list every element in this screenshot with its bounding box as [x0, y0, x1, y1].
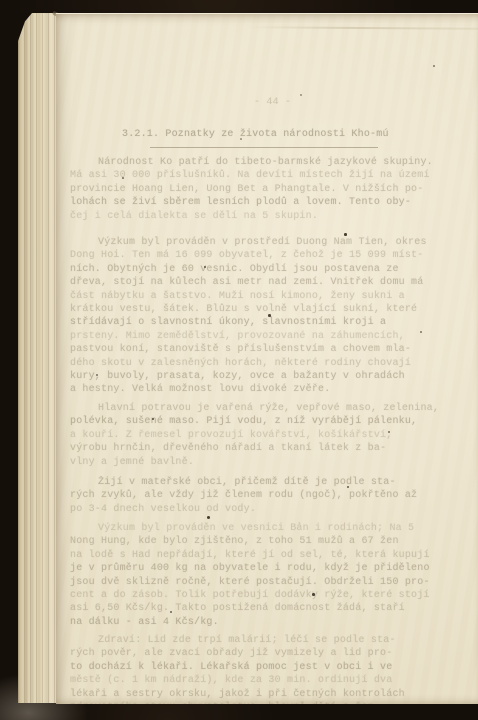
text-line: Nong Hung, kde bylo zjištěno, z toho 51 … — [70, 535, 452, 548]
text-line: Hlavní potravou je vařená rýže, vepřové … — [70, 402, 452, 415]
text-line: ních. Obytných je 60 vesnic. Obydlí jsou… — [70, 263, 452, 276]
text-line: pastvou koní, stanoviště s příslušenství… — [70, 343, 452, 356]
ink-speck — [420, 331, 422, 333]
ink-speck — [300, 94, 302, 96]
ink-speck — [204, 266, 206, 268]
page-number: - 44 - — [254, 96, 291, 109]
text-line: kury, buvoly, prasata, kozy, ovce a baža… — [70, 370, 452, 383]
text-line: po 3-4 dnech veselkou od vody. — [70, 503, 452, 516]
paragraph-5: Výzkum byl prováděn ve vesnici Bản i rod… — [70, 522, 452, 629]
paragraph-2: Výzkum byl prováděn v prostředí Duong Na… — [70, 236, 452, 397]
text-line: a kouří. Z řemesel provozují kovářství, … — [70, 429, 452, 442]
ink-speck — [388, 431, 390, 433]
text-line: městě (c. 1 km nádraží), kde za 30 min. … — [70, 674, 452, 687]
paragraph-1: Národnost Ko patří do tibeto-barmské jaz… — [70, 156, 452, 223]
paragraph-6: Zdraví: Lid zde trpí malárií; léčí se po… — [70, 634, 452, 704]
text-line: a hestny. Velká možnost lovu divoké zvěř… — [70, 383, 452, 396]
ink-speck — [312, 593, 315, 596]
ink-speck — [122, 177, 124, 179]
book-page-edges — [18, 13, 60, 703]
text-line: jsou dvě sklizně ročně, které postačují.… — [70, 576, 452, 589]
text-line: Má asi 30 000 příslušníků. Na devíti mís… — [70, 169, 452, 182]
text-line: část nábytku a šatstvo. Muži nosí kimono… — [70, 290, 452, 303]
text-line: Výzkum byl prováděn ve vesnici Bản i rod… — [70, 522, 452, 535]
ink-speck — [207, 516, 210, 519]
text-line: Výzkum byl prováděn v prostředí Duong Na… — [70, 236, 452, 249]
text-line: čej i celá dialekta se dělí na 5 skupin. — [70, 210, 452, 223]
text-line: prsteny. Mimo zemědělství, provozované n… — [70, 330, 452, 343]
ink-speck — [433, 65, 435, 67]
text-line: Zdraví: Lid zde trpí malárií; léčí se po… — [70, 634, 452, 647]
text-line: polévka, sušené maso. Pijí vodu, z níž v… — [70, 415, 452, 428]
text-line: cent a do zásob. Tolik potřebují dodávky… — [70, 589, 452, 602]
text-line: je v průměru 400 kg na obyvatele i rodu,… — [70, 562, 452, 575]
text-line: Národnost Ko patří do tibeto-barmské jaz… — [70, 156, 452, 169]
text-line: lohách se živí sběrem lesních plodů a lo… — [70, 196, 452, 209]
text-line: dřeva, stojí na kůlech asi metr nad zemí… — [70, 276, 452, 289]
ink-speck — [347, 486, 349, 488]
text-line: rých pověr, ale zvací obřady již vymizel… — [70, 647, 452, 660]
text-line: provincie Hoang Lien, Uong Bet a Phangta… — [70, 183, 452, 196]
text-line: na dálku - asi 4 Kčs/kg. — [70, 616, 452, 629]
ink-speck — [170, 611, 172, 613]
paragraph-4: Žijí v mateřské obci, přičemž dítě je po… — [70, 476, 452, 516]
ink-speck — [268, 314, 271, 317]
ink-speck — [152, 418, 154, 420]
ink-speck — [96, 374, 98, 376]
ink-speck — [240, 138, 242, 140]
document-page: - 44 - 3.2.1. Poznatky ze života národno… — [56, 13, 478, 704]
text-line: dého skotu v zalesněných horách, některé… — [70, 357, 452, 370]
text-line: vlny a jemné bavlně. — [70, 456, 452, 469]
heading-underline — [150, 147, 378, 148]
page-crease — [246, 26, 478, 30]
text-line: výrobu hrnčin, dřevěného nářadí a tkaní … — [70, 442, 452, 455]
text-line: střídávají o slavnostní úkony, slavnostn… — [70, 316, 452, 329]
section-heading: 3.2.1. Poznatky ze života národnosti Kho… — [122, 128, 389, 141]
text-line: rých zvyků, ale vždy již členem rodu (ng… — [70, 489, 452, 502]
text-line: krátkou vestu, šátek. Blůzu s volně vlaj… — [70, 303, 452, 316]
text-line: Dong Hoi. Ten má 16 099 obyvatel, z čeho… — [70, 249, 452, 262]
text-line: to dochází k lékaři. Lékařská pomoc jest… — [70, 661, 452, 674]
text-line: zdravotního stavu obyvatelstva, hlavně d… — [70, 701, 452, 704]
ink-speck — [344, 233, 347, 236]
text-line: Žijí v mateřské obci, přičemž dítě je po… — [70, 476, 452, 489]
text-line: asi 6,50 Kčs/kg. Takto postižená domácno… — [70, 602, 452, 615]
text-line: lékaři a sestry okrsku, jakož i při četn… — [70, 688, 452, 701]
paragraph-3: Hlavní potravou je vařená rýže, vepřové … — [70, 402, 452, 469]
text-line: na lodě s Had nepřádají, které jí od sel… — [70, 549, 452, 562]
scanned-book-photo: - 44 - 3.2.1. Poznatky ze života národno… — [0, 0, 478, 720]
